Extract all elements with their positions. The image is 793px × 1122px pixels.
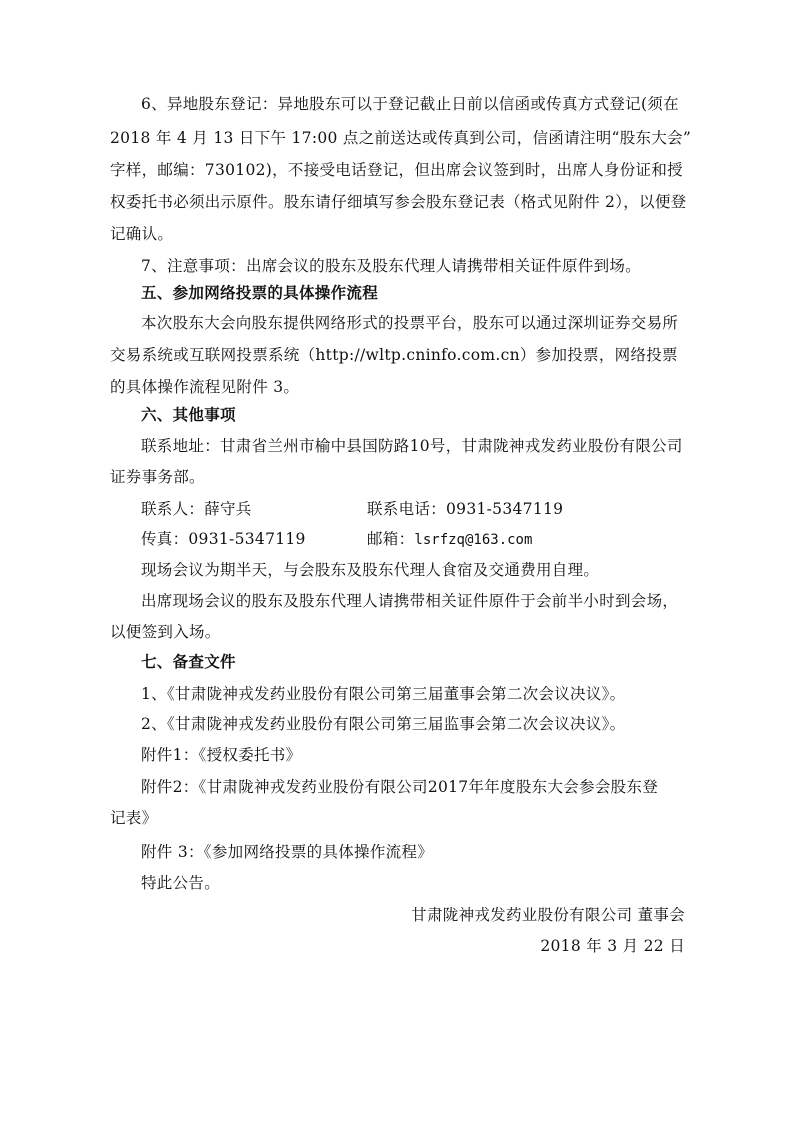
section5-para-line3: 的具体操作流程见附件 3。 (110, 377, 299, 397)
item6-line3: 字样，邮编：730102)，不接受电话登记，但出席会议签到时，出席人身份证和授 (110, 160, 683, 180)
attachment3: 附件 3：《参加网络投票的具体操作流程》 (141, 842, 433, 862)
section6-heading: 六、其他事项 (141, 405, 236, 425)
attachment2-line1: 附件2：《甘肃陇神戎发药业股份有限公司2017年年度股东大会参会股东登 (141, 777, 658, 797)
attachment2-line2: 记表》 (110, 808, 157, 828)
fax-email-row: 传真：0931-5347119 邮箱：lsrfzq@163.com (141, 529, 661, 549)
section7-heading: 七、备查文件 (141, 652, 236, 672)
item7-notice: 7、注意事项：出席会议的股东及股东代理人请携带相关证件原件到场。 (141, 256, 641, 276)
reference-doc1: 1、《甘肃陇神戎发药业股份有限公司第三届董事会第二次会议决议》。 (141, 684, 625, 704)
contact-row: 联系人：薛守兵 联系电话：0931-5347119 (141, 499, 661, 519)
item6-line5: 记确认。 (110, 224, 173, 244)
contact-person: 联系人：薛守兵 (141, 500, 252, 518)
signature-org: 甘肃陇神戎发药业股份有限公司 董事会 (411, 905, 685, 925)
section5-heading: 五、参加网络投票的具体操作流程 (141, 283, 378, 303)
reference-doc2: 2、《甘肃陇神戎发药业股份有限公司第三届监事会第二次会议决议》。 (141, 714, 625, 734)
item6-line2: 2018 年 4 月 13 日下午 17:00 点之前送达或传真到公司，信函请注… (110, 128, 691, 148)
email-field: 邮箱：lsrfzq@163.com (367, 529, 532, 550)
document-page: 6、异地股东登记：异地股东可以于登记截止日前以信函或传真方式登记(须在 2018… (0, 0, 793, 1122)
address-line2: 证券事务部。 (110, 467, 205, 487)
signature-date: 2018 年 3 月 22 日 (540, 936, 685, 956)
contact-phone: 联系电话：0931-5347119 (367, 499, 563, 519)
item6-line1: 6、异地股东登记：异地股东可以于登记截止日前以信函或传真方式登记(须在 (141, 94, 679, 114)
attend-line1: 出席现场会议的股东及股东代理人请携带相关证件原件于会前半小时到会场， (141, 591, 678, 611)
item6-line4: 权委托书必须出示原件。股东请仔细填写参会股东登记表（格式见附件 2），以便登 (110, 192, 686, 212)
section5-para-line1: 本次股东大会向股东提供网络形式的投票平台，股东可以通过深圳证券交易所 (141, 313, 678, 333)
address-line1: 联系地址：甘肃省兰州市榆中县国防路10号，甘肃陇神戎发药业股份有限公司 (141, 436, 683, 456)
attend-line2: 以便签到入场。 (110, 622, 221, 642)
fax-number: 传真：0931-5347119 (141, 530, 306, 548)
meeting-note: 现场会议为期半天，与会股东及股东代理人食宿及交通费用自理。 (141, 560, 599, 580)
attachment1: 附件1：《授权委托书》 (141, 745, 301, 765)
closing-remark: 特此公告。 (141, 873, 220, 893)
email-label: 邮箱： (367, 530, 414, 548)
section5-para-line2: 交易系统或互联网投票系统（http://wltp.cninfo.com.cn）参… (110, 345, 678, 365)
email-link[interactable]: lsrfzq@163.com (414, 532, 532, 548)
